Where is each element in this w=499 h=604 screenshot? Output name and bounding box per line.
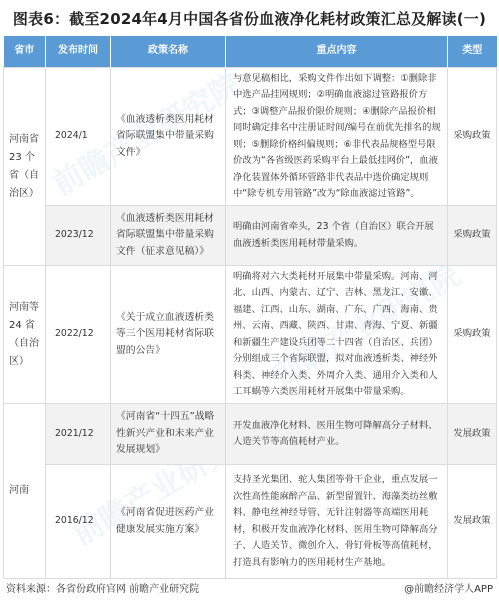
policy-table: 省市 发布时间 政策名称 重点内容 类型 河南省 23 个省（自治区） 2024… <box>3 36 497 579</box>
date-cell: 2021/12 <box>46 404 111 465</box>
table-row: 河南等 24 省（自治区） 2022/12 《关于成立血液透析类等三个医用耗材省… <box>4 266 497 404</box>
policy-name-cell: 《河南省促进医药产业健康发展实施方案》 <box>111 465 226 579</box>
table-header-row: 省市 发布时间 政策名称 重点内容 类型 <box>4 36 497 68</box>
figure-title: 图表6：截至2024年4月中国各省份血液净化耗材政策汇总及解读(一) <box>0 8 499 29</box>
type-cell: 采购政策 <box>448 68 497 206</box>
header-date: 发布时间 <box>46 36 111 68</box>
date-cell: 2023/12 <box>46 206 111 266</box>
credit-note: @前瞻经济学人APP <box>404 580 493 595</box>
type-cell: 发展政策 <box>448 404 497 465</box>
date-cell: 2022/12 <box>46 266 111 404</box>
province-cell: 河南省 23 个省（自治区） <box>4 68 46 266</box>
table-row: 河南省 23 个省（自治区） 2024/1 《血液透析类医用耗材省际联盟集中带量… <box>4 68 497 206</box>
content-cell: 明确由河南省牵头，23 个省（自治区）联合开展血液透析类医用耗材带量采购。 <box>226 206 448 266</box>
content-cell: 与意见稿相比，采购文件作出如下调整：①删除非中选产品挂网规则；②明确血液滤过管路… <box>226 68 448 206</box>
policy-name-cell: 《关于成立血液透析类等三个医用耗材省际联盟的公告》 <box>111 266 226 404</box>
table-row: 2023/12 《血液透析类医用耗材省际联盟集中带量采购文件（征求意见稿）》 明… <box>4 206 497 266</box>
content-cell: 开发血液净化材料、医用生物可降解高分子材料、人造关节等高值耗材产业。 <box>226 404 448 465</box>
table-row: 河南 2021/12 《河南省“十四五”战略性新兴产业和未来产业发展规划》 开发… <box>4 404 497 465</box>
content-cell: 支持圣光集团、驼人集团等骨干企业，重点发展一次性高性能麻醉产品、新型留置针、海藻… <box>226 465 448 579</box>
date-cell: 2024/1 <box>46 68 111 206</box>
province-cell: 河南 <box>4 404 46 579</box>
table-row: 2016/12 《河南省促进医药产业健康发展实施方案》 支持圣光集团、驼人集团等… <box>4 465 497 579</box>
header-policy-name: 政策名称 <box>111 36 226 68</box>
header-type: 类型 <box>448 36 497 68</box>
type-cell: 采购政策 <box>448 206 497 266</box>
type-cell: 采购政策 <box>448 266 497 404</box>
province-cell: 河南等 24 省（自治区） <box>4 266 46 404</box>
source-note: 资料来源：各省份政府官网 前瞻产业研究院 <box>6 580 199 595</box>
type-cell: 发展政策 <box>448 465 497 579</box>
header-key-content: 重点内容 <box>226 36 448 68</box>
content-cell: 明确将对六大类耗材开展集中带量采购。河南、河北、山西、内蒙古、辽宁、吉林、黑龙江… <box>226 266 448 404</box>
header-province: 省市 <box>4 36 46 68</box>
date-cell: 2016/12 <box>46 465 111 579</box>
policy-name-cell: 《河南省“十四五”战略性新兴产业和未来产业发展规划》 <box>111 404 226 465</box>
policy-name-cell: 《血液透析类医用耗材省际联盟集中带量采购文件（征求意见稿）》 <box>111 206 226 266</box>
policy-name-cell: 《血液透析类医用耗材省际联盟集中带量采购文件》 <box>111 68 226 206</box>
footer: 资料来源：各省份政府官网 前瞻产业研究院 @前瞻经济学人APP <box>6 580 493 595</box>
